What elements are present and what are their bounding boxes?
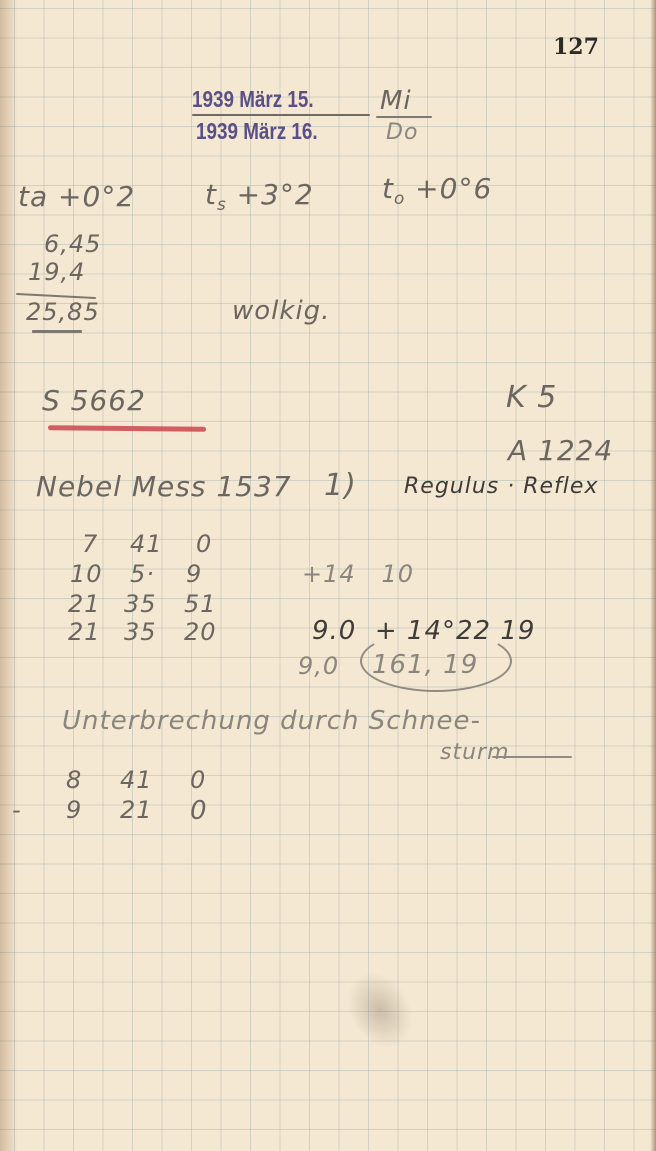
sum-double-underline: [32, 330, 82, 333]
date-stamp-2: 1939 März 16.: [196, 118, 318, 145]
reading-cell: 5·: [130, 560, 155, 588]
notebook-page: 127 1939 März 15. 1939 März 16. Mi Do ta…: [0, 0, 656, 1151]
temp-ta-label: ta: [18, 180, 48, 213]
reading-cell: 9: [186, 560, 202, 588]
temp-to-sub: o: [394, 188, 405, 208]
observation-note-ref: 1): [324, 468, 357, 503]
calc-line-1: +14 10: [302, 560, 414, 588]
interruption-note-line-2: sturm: [440, 740, 510, 765]
sum-addend-2: 19,4: [28, 258, 85, 286]
reading-cell: 0: [190, 766, 206, 794]
reading-cell: 0: [190, 796, 208, 826]
reading-cell: 51: [184, 590, 217, 618]
temp-to-value: +0°6: [415, 172, 492, 205]
observation-title: Nebel Mess 1537: [36, 470, 292, 503]
circle-annotation: [360, 630, 512, 692]
calc-line-3-prefix: 9,0: [298, 652, 339, 680]
weather-note: wolkig.: [232, 296, 330, 326]
reading-cell: 8: [66, 766, 82, 794]
plate-k: K 5: [506, 380, 557, 415]
reading-cell: 20: [184, 618, 217, 646]
reading-cell: 21: [68, 590, 101, 618]
temp-ta: ta +0°2: [18, 180, 135, 213]
interruption-note-line-1: Unterbrechung durch Schnee-: [62, 706, 481, 736]
temp-to-label: t: [382, 172, 394, 205]
temp-ts-value: +3°2: [237, 178, 314, 211]
pencil-smudge: [334, 960, 426, 1059]
object-id: S 5662: [42, 384, 146, 417]
page-number: 127: [553, 34, 599, 60]
reading-cell: 41: [120, 766, 153, 794]
temp-ts-sub: s: [217, 194, 227, 214]
plate-a: A 1224: [508, 434, 613, 467]
temp-to: to +0°6: [382, 172, 492, 208]
reading-cell: 35: [124, 590, 157, 618]
temp-ts-label: t: [205, 178, 217, 211]
reading-prefix: -: [12, 796, 22, 824]
weekday-1: Mi: [380, 86, 412, 116]
sum-addend-1: 6,45: [44, 230, 101, 258]
temp-ta-value: +0°2: [58, 180, 135, 213]
reading-cell: 10: [70, 560, 103, 588]
stamp-divider: [192, 114, 370, 116]
weekday-2: Do: [386, 120, 418, 145]
reading-cell: 0: [196, 530, 212, 558]
reading-cell: 9: [66, 796, 82, 824]
reading-cell: 35: [124, 618, 157, 646]
reading-cell: 21: [120, 796, 153, 824]
reading-cell: 41: [130, 530, 163, 558]
observation-reference: Regulus · Reflex: [404, 474, 598, 499]
red-underline: [48, 425, 206, 432]
weekday-divider: [376, 116, 432, 118]
hyphen-line: [492, 756, 572, 758]
date-stamp-1: 1939 März 15.: [192, 86, 314, 113]
sum-total: 25,85: [26, 298, 100, 326]
temp-ts: ts +3°2: [205, 178, 314, 214]
reading-cell: 21: [68, 618, 101, 646]
reading-cell: 7: [82, 530, 98, 558]
